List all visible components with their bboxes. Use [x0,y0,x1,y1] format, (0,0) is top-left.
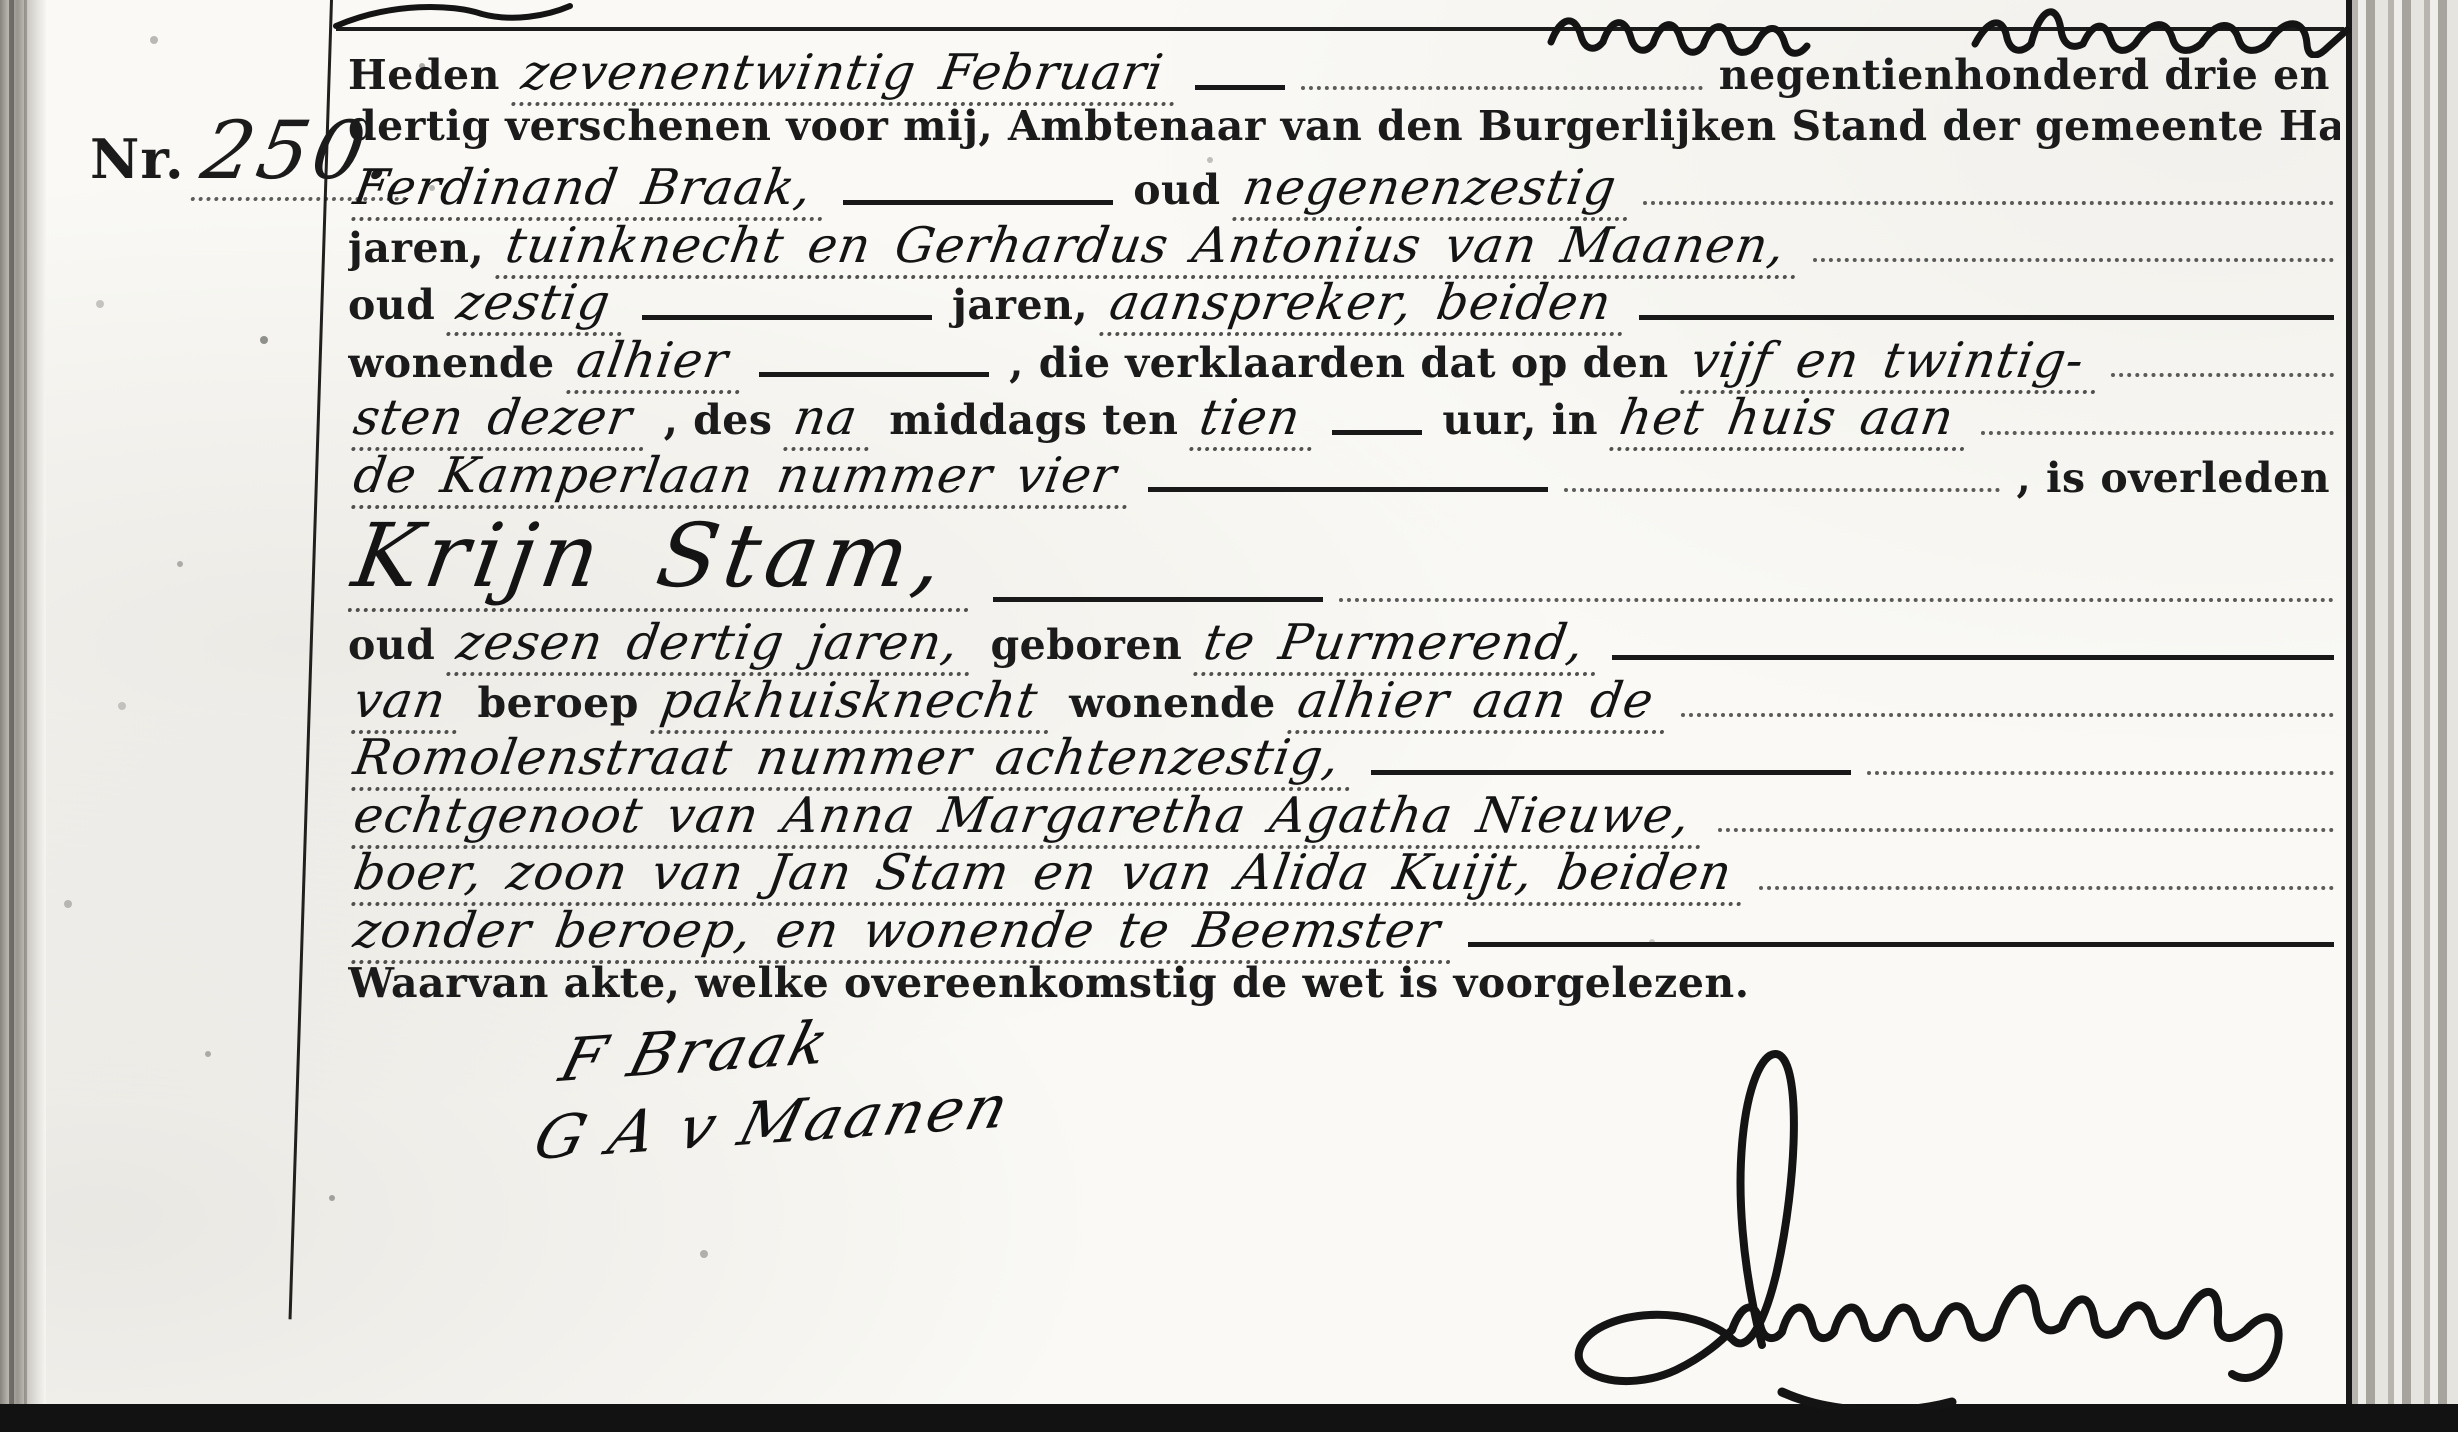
partial-signature-stroke-top-left [332,0,574,30]
act-number-label: Nr. [90,127,185,191]
handwritten-daypart: na [784,389,879,451]
form-line-3: Ferdinand Braak, oud negenenzestig [348,159,2340,217]
dotted-rule [1867,769,2334,775]
handwritten-parents-residence: zonder beroep, en wonende te Beemster [348,902,1461,964]
dotted-rule [1759,884,2334,890]
handwritten-place: het huis aan [1609,389,1974,451]
handwritten-spouse: echtgenoot van Anna Margaretha Agatha Ni… [348,787,1711,849]
scan-left-streak [24,0,27,1432]
handwritten-hour: tien [1190,389,1322,451]
handwritten-declarant-name: Ferdinand Braak, [348,159,832,221]
handwritten-date: zevenentwintig Februari [511,44,1184,106]
form-line-15: zonder beroep, en wonende te Beemster [348,902,2340,960]
form-line-9: Krijn Stam, [348,504,2340,614]
blank-stroke-fill [1468,940,2334,947]
form-right-border [2346,0,2352,1432]
blank-stroke [843,198,1113,205]
handwritten-deceased-residence: alhier aan de [1287,672,1674,734]
handwritten-deceased-name: Krijn Stam, [348,504,986,612]
dotted-rule [1681,711,2334,717]
printed-text: Heden [348,51,500,99]
handwritten-parents: boer, zoon van Jan Stam en van Alida Kui… [348,844,1752,906]
printed-text: beroep [477,679,638,727]
form-line-5: oud zestig jaren, aanspreker, beiden [348,274,2340,332]
scan-left-edge [0,0,46,1432]
blank-stroke-fill [1612,653,2334,660]
handwritten-occupation: aanspreker, beiden [1099,274,1632,336]
form-line-8: de Kamperlaan nummer vier , is overleden [348,447,2340,505]
printed-text: oud [348,281,435,329]
handwritten-deceased-age: zesen dertig jaren, [446,614,979,676]
blank-stroke-fill [1639,313,2334,320]
scan-noise-specks [0,0,4,4]
blank-stroke [1148,485,1548,492]
blank-stroke [1371,768,1851,775]
dotted-rule [1564,486,2000,492]
handwritten-day-continued: sten dezer [348,389,652,451]
blank-stroke [759,370,989,377]
printed-text: , die verklaarden dat op den [1009,339,1669,387]
handwritten-day: vijf en twintig- [1680,332,2104,394]
form-line-16: Waarvan akte, welke overeenkomstig de we… [348,959,2340,1017]
form-line-1: Heden zevenentwintig Februari negentienh… [348,44,2340,102]
witness-signatures: F Braak G A v Maanen [552,1022,990,1178]
dotted-rule [1301,84,1703,90]
blank-stroke [1195,83,1285,90]
handwritten-occupation-and-name: tuinknecht en Gerhardus Antonius van Maa… [495,217,1805,279]
form-line-12: Romolenstraat nummer achtenzestig, [348,729,2340,787]
death-certificate-scan: Nr. 250. Heden zevenentwintig Februari n… [0,0,2458,1432]
printed-text: negentienhonderd drie en [1719,51,2330,99]
blank-stroke [1332,428,1422,435]
dotted-rule [1813,256,2334,262]
form-top-rule [336,27,2344,31]
blank-stroke [642,313,932,320]
printed-text: jaren, [348,224,484,272]
form-line-11: van beroep pakhuisknecht wonende alhier … [348,672,2340,730]
scan-bottom-bar [0,1404,2458,1432]
scan-left-streak [9,0,14,1432]
handwritten-age: negenenzestig [1232,159,1637,221]
dotted-rule [2111,371,2334,377]
blank-stroke [993,595,1323,602]
printed-text: geboren [990,621,1182,669]
handwritten-residence: alhier [566,332,748,394]
dotted-rule [1718,826,2334,832]
printed-text: oud [1133,166,1220,214]
dotted-rule [1643,199,2334,205]
printed-text: middags ten [889,396,1178,444]
printed-text: , is overleden [2016,454,2330,502]
printed-text: wonende [1069,679,1276,727]
printed-text: wonende [348,339,555,387]
printed-closing-text: Waarvan akte, welke overeenkomstig de we… [348,959,1750,1007]
printed-text: , des [664,396,773,444]
form-line-13: echtgenoot van Anna Margaretha Agatha Ni… [348,787,2340,845]
printed-text: oud [348,621,435,669]
handwritten-birthplace: te Purmerend, [1193,614,1604,676]
form-line-14: boer, zoon van Jan Stam en van Alida Kui… [348,844,2340,902]
scan-right-edge [2352,0,2458,1432]
form-line-7: sten dezer , des na middags ten tien uur… [348,389,2340,447]
registrar-signature-flourish [1430,1040,2330,1410]
handwritten-entry: van [348,672,466,734]
printed-text: uur, in [1442,396,1598,444]
form-line-6: wonende alhier , die verklaarden dat op … [348,332,2340,390]
handwritten-deceased-address: Romolenstraat nummer achtenzestig, [348,729,1360,791]
handwritten-address: de Kamperlaan nummer vier [348,447,1137,509]
dotted-rule [1981,429,2334,435]
form-line-2: dertig verschenen voor mij, Ambtenaar va… [348,102,2340,160]
printed-text: jaren, [952,281,1088,329]
act-body: Heden zevenentwintig Februari negentienh… [348,44,2340,1017]
handwritten-deceased-occupation: pakhuisknecht [650,672,1058,734]
form-line-4: jaren, tuinknecht en Gerhardus Antonius … [348,217,2340,275]
form-line-10: oud zesen dertig jaren, geboren te Purme… [348,614,2340,672]
dotted-rule [1339,596,2334,602]
printed-text: dertig verschenen voor mij, Ambtenaar va… [348,102,2340,150]
handwritten-age: zestig [446,274,631,336]
